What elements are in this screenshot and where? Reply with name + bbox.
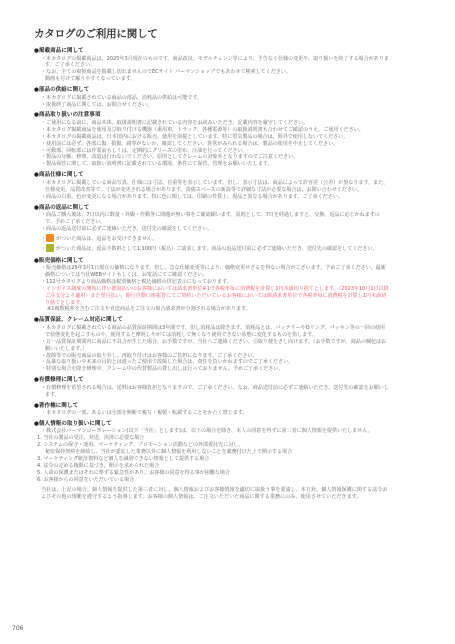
section-heading: ●有償修理に関して: [34, 376, 389, 384]
numbered-item: 3. マーケティング統計資料など個人を識別できない情報として提供する場合: [34, 456, 389, 463]
list-item: ・特別な場合を除き修理中、クレーム中の代替製品の貸し出しは行っておりません。予め…: [34, 366, 389, 373]
numbered-item: 4. 法令の定める権限に基づき、開示を求められた場合: [34, 463, 389, 470]
list-item: ・112号カタログより商品価格は税別価格と税込価格の併記表示になっております。: [34, 279, 389, 286]
section-heading: ●商品取り扱いの注意事項: [34, 111, 389, 119]
section-listed-products: ●掲載商品に関して ・本カタログの掲載商品は、2025年3月現在のものです。商品…: [34, 47, 389, 83]
list-item-no-return: ・がついた商品は、返品をお受けできません。: [34, 234, 389, 243]
section-heading: ●著作権に関して: [34, 402, 389, 410]
page-content: ●掲載商品に関して ・本カタログの掲載商品は、2025年3月現在のものです。商品…: [34, 47, 389, 504]
section-heading: ●部品の供給に関して: [34, 86, 389, 94]
section-heading: ●掲載商品に関して: [34, 47, 389, 55]
badge-item-text: がついた商品は、返品手数料として1,100円（税込）ご請求します。商品の返品送付…: [56, 246, 377, 252]
section-warranty: ●品質保証、クレーム対応に関して ・本カタログに掲載されている商品の品質保証期間…: [34, 316, 389, 373]
numbered-item: 5. 人命の保護またはそれに準ずる緊急性があり、お客様の同意を得る事が困難な場合: [34, 470, 389, 477]
no-return-badge-icon: [46, 234, 54, 242]
list-item: ・有償修理を希望される場合は、送料はお客様負担となりますので、ご了承ください。な…: [34, 385, 389, 399]
list-item: ・商品の白重、色が変更になる場合があります。特に色に関しては、印刷の性質上、現品…: [34, 194, 389, 201]
list-item: ・本カタログに掲載されている商品の品質保証期間は3年間です。但し消耗品は除きます…: [34, 325, 389, 339]
page-number: 706: [12, 625, 23, 632]
paid-return-badge-icon: [46, 244, 54, 252]
section-returns: ●商品の返品に関して ・商品ご購入後は、7日以内に数量・外観・作動等に問題が無い…: [34, 204, 389, 253]
section-parts-supply: ●部品の供給に関して ・本カタログに掲載されている商品の部品、消耗品の供給は可能…: [34, 86, 389, 108]
list-item: ・取扱終了商品に関しては、お問合せください。: [34, 102, 389, 109]
list-item: ・万一品質保証期間内に商品に不具合が生じた場合、お手数ですが、当社へご連絡くださ…: [34, 339, 389, 353]
list-item: ・本カタログに掲載している商品写真、仕様には寸法、自重等を表示しています。但し、…: [34, 180, 389, 194]
section-heading: ●販売価格に関して: [34, 257, 389, 265]
list-item: ・本カタログの一部、あるいは全部を無断で複写・複製・転載することをかたく禁じます…: [34, 410, 389, 417]
section-paid-repair: ●有償修理に関して ・有償修理を希望される場合は、送料はお客様負担となりますので…: [34, 376, 389, 398]
list-item: ・使用前には必ず、各部に傷、損傷、錆等がないか、確認してください。異常がみられる…: [34, 141, 389, 148]
section-heading: ●品質保証、クレーム対応に関して: [34, 316, 389, 324]
section-copyright: ●著作権に関して ・本カタログの一部、あるいは全部を無断で複写・複製・転載するこ…: [34, 402, 389, 417]
list-item: ・販売価格は25年3月1日現在の価格になります。但し、急な仕様変更等により、価格…: [34, 265, 389, 279]
list-item: ・商品の返品送付前に必ずご連絡いただき、送付先の確認をしてください。: [34, 226, 389, 233]
section-heading: ●商品仕様に関して: [34, 171, 389, 179]
invoice-notice: ・インボイス制度の開始に伴い都度払いのお客様においては請求書単位※1で各税率毎に…: [34, 286, 389, 307]
section-handling-precautions: ●商品取り扱いの注意事項 ・ご使用になる前に、商品本体、取扱説明書に記載されてい…: [34, 111, 389, 168]
list-item: ・ご使用になる前に、商品本体、取扱説明書に記載されている内容をお読みいただき、記…: [34, 120, 389, 127]
section-privacy: ●個人情報の取り扱いに関して ・株式会社バーマンコーポレーション(以下「当社」と…: [34, 420, 389, 501]
section-pricing: ●販売価格に関して ・販売価格は25年3月1日現在の価格になります。但し、急な仕…: [34, 257, 389, 314]
list-item: ・本カタログに掲載されている商品の部品、消耗品の供給は可能です。: [34, 95, 389, 102]
list-item: ・商品ご購入後は、7日以内に数量・外観・作動等に問題が無い事をご確認願います。原…: [34, 212, 389, 226]
badge-item-text: がついた商品は、返品をお受けできません。: [56, 236, 157, 242]
privacy-closing-paragraph: 当社は、上記の場合、個人情報を提供した第三者に対し、個人情報およびお客様情報を適…: [34, 487, 389, 501]
list-item: 動画も付けて解りやすくなっています。: [34, 76, 389, 83]
list-item: ・本カタログの掲載商品は、2025年3月現在のものです。商品改良、モデルチェンジ…: [34, 56, 389, 70]
section-product-specs: ●商品仕様に関して ・本カタログに掲載している商品写真、仕様には寸法、自重等を表…: [34, 171, 389, 200]
list-item: ・本カタログ掲載商品を使用及び取り付ける機器（乗用車、トラック、各種電源等）の取…: [34, 127, 389, 134]
footnote: ※1複数税率を含むご注文や直送商品をご注文の場合請求書が分割される場合があります…: [34, 306, 389, 313]
section-heading: ●商品の返品に関して: [34, 204, 389, 212]
list-item: ・製品保管に関して、取扱い説明書に記載されている環境、条件にて保管、管理をお願い…: [34, 161, 389, 168]
list-item: ・本カタログの掲載商品は、日本国内における販売、使用を前提としています。特に電気…: [34, 134, 389, 141]
numbered-item: 6. お客様からの同意をいただいている場合: [34, 477, 389, 484]
section-heading: ●個人情報の取り扱いに関して: [34, 420, 389, 428]
list-item-fee-return: ・がついた商品は、返品手数料として1,100円（税込）ご請求します。商品の返品送…: [34, 244, 389, 253]
page-title: カタログのご利用に関して: [34, 26, 158, 41]
catalog-usage-page: カタログのご利用に関して ●掲載商品に関して ・本カタログの掲載商品は、2025…: [0, 0, 455, 644]
